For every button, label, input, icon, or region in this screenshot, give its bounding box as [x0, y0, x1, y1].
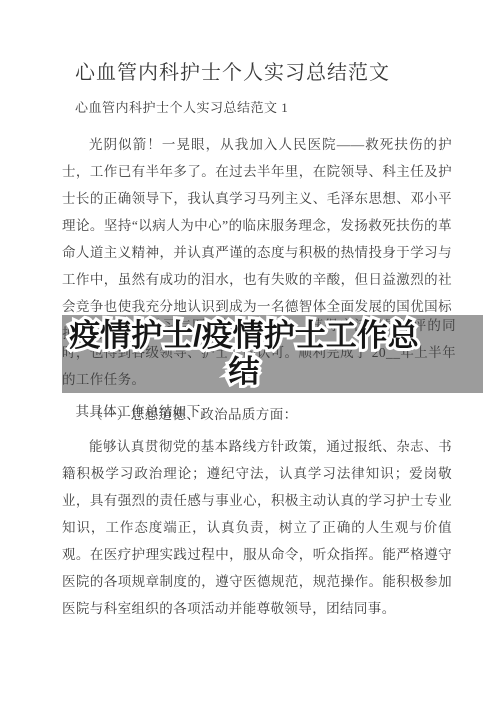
document-title: 心血管内科护士个人实习总结范文	[75, 56, 455, 85]
paragraph: 能够认真贯彻党的基本路线方针政策，通过报纸、杂志、书籍积极学习政治理论；遵纪守法…	[62, 433, 452, 622]
document-page: 心血管内科护士个人实习总结范文 心血管内科护士个人实习总结范文 1 光阴似箭！一…	[0, 0, 500, 706]
section-heading: （一）思想道德、政治品质方面：	[62, 401, 452, 428]
paragraph-block-section-heading: （一）思想道德、政治品质方面：	[62, 401, 452, 428]
watermark-title: 疫情护士/疫情护士工作总结 疫情护士/疫情护士工作总结	[62, 318, 426, 390]
paragraph-block-section-body: 能够认真贯彻党的基本路线方针政策，通过报纸、杂志、书籍积极学习政治理论；遵纪守法…	[62, 433, 452, 622]
watermark-text: 疫情护士/疫情护士工作总结	[62, 318, 426, 390]
document-subtitle: 心血管内科护士个人实习总结范文 1	[75, 97, 455, 116]
